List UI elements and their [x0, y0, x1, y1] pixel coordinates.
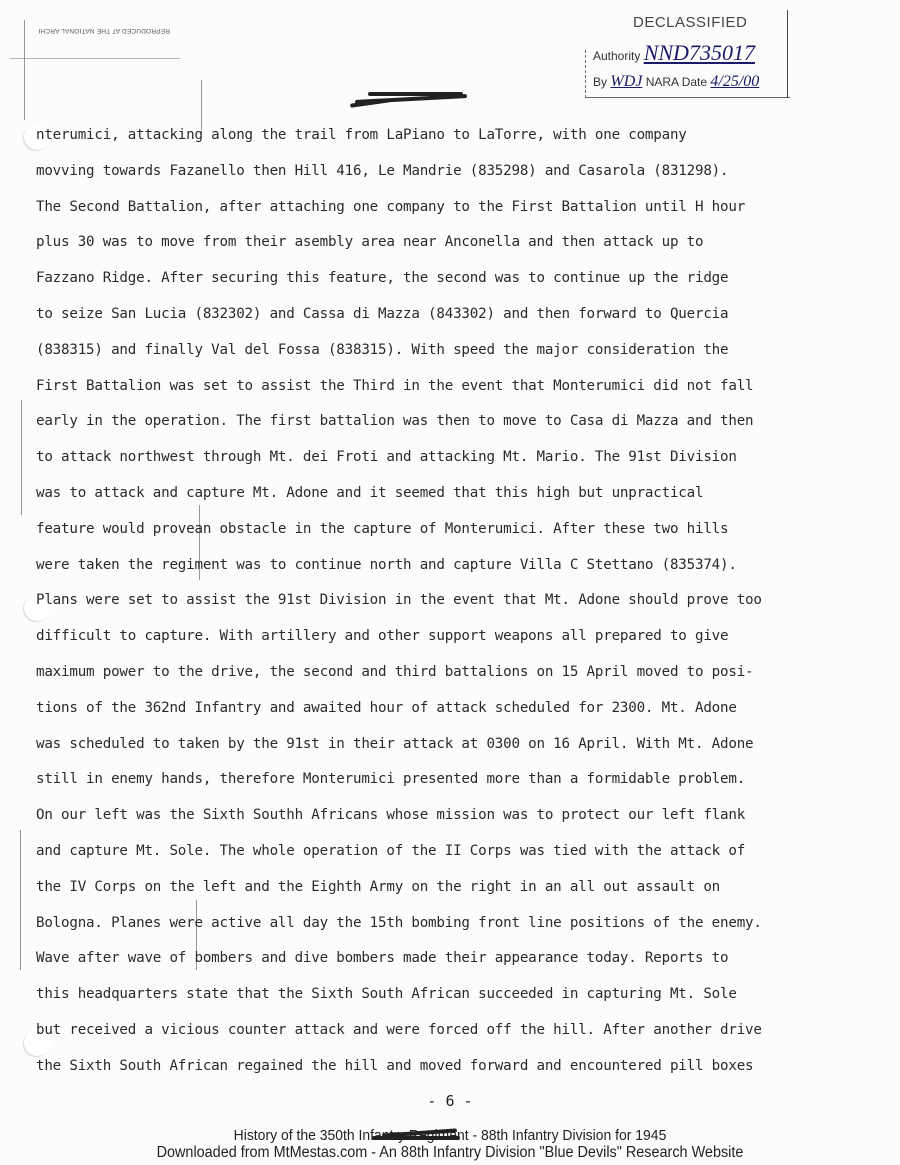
redaction-mark [350, 90, 470, 104]
text-line: this headquarters state that the Sixth S… [36, 984, 836, 1020]
margin-line [201, 80, 202, 130]
text-line: plus 30 was to move from their asembly a… [36, 232, 836, 268]
text-line: On our left was the Sixth Southh African… [36, 805, 836, 841]
declassified-title: DECLASSIFIED [633, 14, 747, 31]
stamp-border [585, 97, 790, 98]
page-number: - 6 - [0, 1092, 900, 1110]
text-line: First Battalion was set to assist the Th… [36, 376, 836, 412]
document-page: REPRODUCED AT THE NATIONAL ARCHI DECLASS… [0, 0, 900, 1165]
footer-source: Downloaded from MtMestas.com - An 88th I… [32, 1144, 869, 1162]
text-line: the IV Corps on the left and the Eighth … [36, 877, 836, 913]
authority-label: Authority [593, 49, 640, 63]
stamp-rule [10, 58, 180, 59]
text-line: and capture Mt. Sole. The whole operatio… [36, 841, 836, 877]
stamp-border [585, 50, 587, 98]
footer-redaction-mark [372, 1128, 462, 1142]
text-line: Fazzano Ridge. After securing this featu… [36, 268, 836, 304]
text-line: still in enemy hands, therefore Monterum… [36, 769, 836, 805]
margin-line [24, 20, 25, 120]
text-line: to attack northwest through Mt. dei Frot… [36, 447, 836, 483]
text-line: nterumici, attacking along the trail fro… [36, 125, 836, 161]
text-line: movving towards Fazanello then Hill 416,… [36, 161, 836, 197]
text-line: feature would provean obstacle in the ca… [36, 519, 836, 555]
authority-row: Authority NND735017 [593, 40, 755, 66]
typewritten-body: nterumici, attacking along the trail fro… [36, 125, 836, 1092]
declassified-stamp: DECLASSIFIED Authority NND735017 By WDJ … [585, 10, 790, 98]
by-value: WDJ [610, 73, 642, 90]
nara-date-label: NARA Date [646, 75, 707, 89]
text-line: (838315) and finally Val del Fossa (8383… [36, 340, 836, 376]
margin-line [20, 830, 21, 970]
text-line: Wave after wave of bombers and dive bomb… [36, 948, 836, 984]
text-line: tions of the 362nd Infantry and awaited … [36, 698, 836, 734]
text-line: Bologna. Planes were active all day the … [36, 913, 836, 949]
text-line: but received a vicious counter attack an… [36, 1020, 836, 1056]
nara-date-value: 4/25/00 [710, 73, 759, 90]
by-row: By WDJ NARA Date 4/25/00 [593, 73, 759, 91]
by-label: By [593, 75, 607, 89]
margin-line [21, 400, 22, 515]
text-line: the Sixth South African regained the hil… [36, 1056, 836, 1092]
text-line: early in the operation. The first battal… [36, 411, 836, 447]
text-line: The Second Battalion, after attaching on… [36, 197, 836, 233]
text-line: difficult to capture. With artillery and… [36, 626, 836, 662]
text-line: to seize San Lucia (832302) and Cassa di… [36, 304, 836, 340]
text-line: was to attack and capture Mt. Adone and … [36, 483, 836, 519]
stamp-border [787, 10, 788, 98]
text-line: maximum power to the drive, the second a… [36, 662, 836, 698]
text-line: was scheduled to taken by the 91st in th… [36, 734, 836, 770]
text-line: Plans were set to assist the 91st Divisi… [36, 590, 836, 626]
text-line: were taken the regiment was to continue … [36, 555, 836, 591]
authority-value: NND735017 [644, 40, 755, 65]
reproduced-stamp: REPRODUCED AT THE NATIONAL ARCHI [10, 27, 170, 34]
